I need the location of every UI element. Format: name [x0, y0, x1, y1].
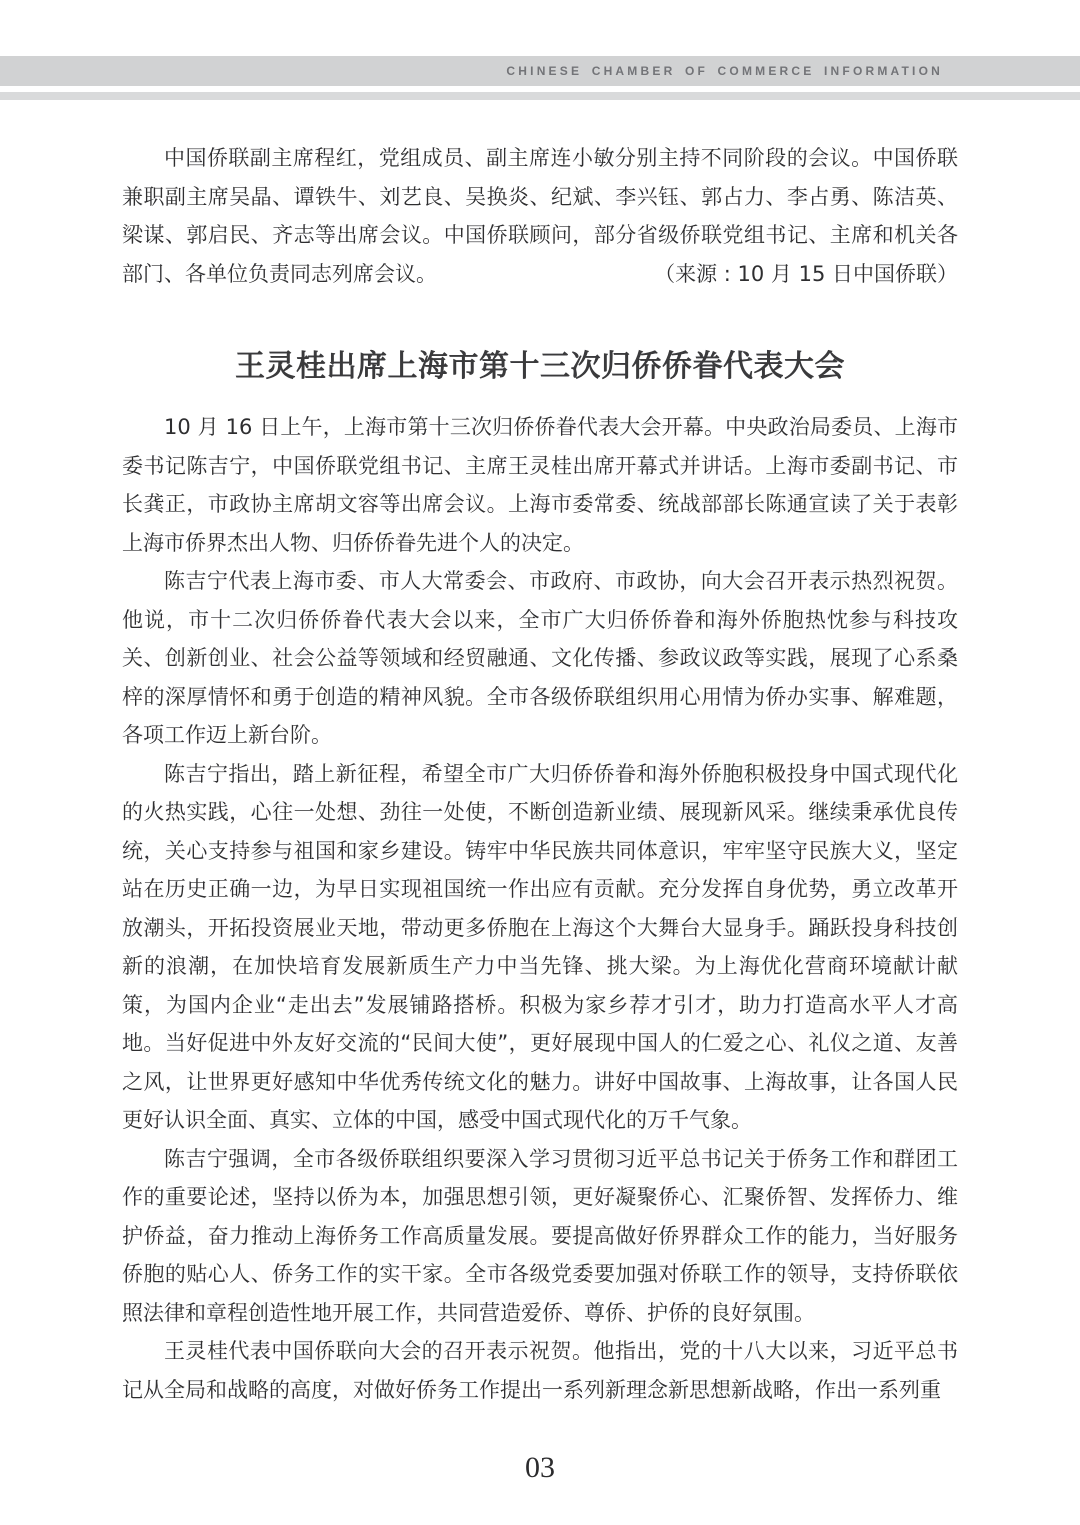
article1-paragraph: 中国侨联副主席程红，党组成员、副主席连小敏分别主持不同阶段的会议。中国侨联兼职副…	[122, 139, 958, 293]
page-content: 中国侨联副主席程红，党组成员、副主席连小敏分别主持不同阶段的会议。中国侨联兼职副…	[122, 139, 958, 1409]
article2-paragraph-2: 陈吉宁代表上海市委、市人大常委会、市政府、市政协，向大会召开表示热烈祝贺。他说，…	[122, 562, 958, 755]
article2-paragraph-4: 陈吉宁强调，全市各级侨联组织要深入学习贯彻习近平总书记关于侨务工作和群团工作的重…	[122, 1140, 958, 1333]
article1-source: （来源 : 10 月 15 日中国侨联）	[654, 255, 958, 294]
header-rule	[0, 92, 1080, 100]
article2-paragraph-5: 王灵桂代表中国侨联向大会的召开表示祝贺。他指出，党的十八大以来，习近平总书记从全…	[122, 1332, 958, 1409]
page-number: 03	[0, 1453, 1080, 1483]
document-page: { "header": { "band_text": "CHINESE CHAM…	[0, 0, 1080, 1525]
header-band: CHINESE CHAMBER OF COMMERCE INFORMATION	[0, 56, 1080, 86]
header-band-title: CHINESE CHAMBER OF COMMERCE INFORMATION	[506, 64, 943, 78]
article2-paragraph-3: 陈吉宁指出，踏上新征程，希望全市广大归侨侨眷和海外侨胞积极投身中国式现代化的火热…	[122, 755, 958, 1140]
article2-paragraph-1: 10 月 16 日上午，上海市第十三次归侨侨眷代表大会开幕。中央政治局委员、上海…	[122, 408, 958, 562]
article2-title: 王灵桂出席上海市第十三次归侨侨眷代表大会	[122, 345, 958, 389]
